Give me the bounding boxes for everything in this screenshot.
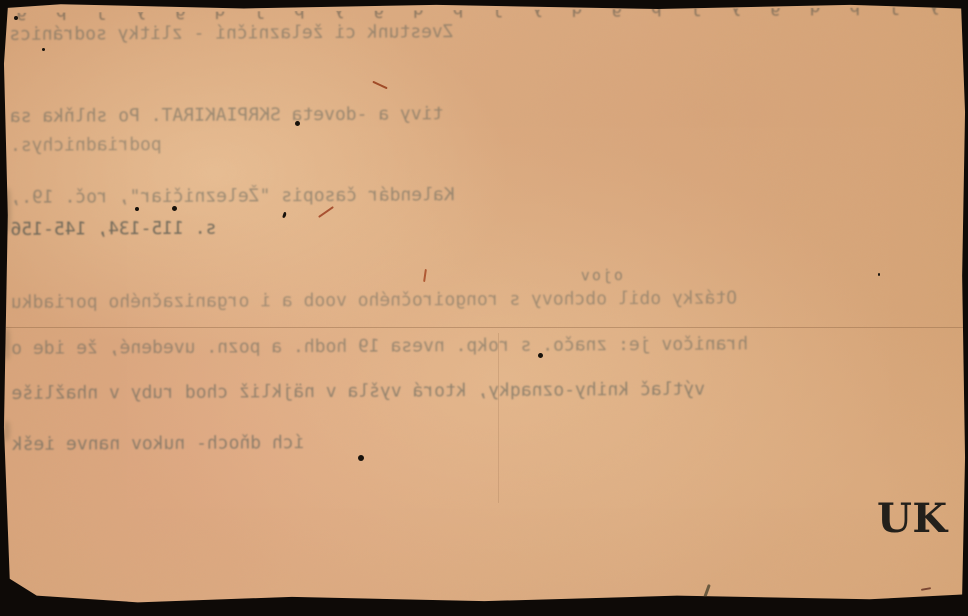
typewriter-line: podriadnichys.: [10, 133, 162, 158]
typewriter-line: s. 115-134, 145-156: [10, 217, 216, 242]
ink-speck: [42, 48, 45, 51]
typewriter-line-superscript: ojov: [579, 263, 623, 287]
typewriter-line: tivy a -doveta SKRPIAKIRAT. Po shlňka sa: [10, 102, 444, 129]
typewriter-line: hraničov je: značo. s rokp. nvesa 19 hod…: [11, 332, 748, 361]
ink-speck: [878, 273, 880, 276]
typewriter-line: Kalendár časopis "Železničiar", roč. 19.…: [10, 183, 454, 210]
ink-speck: [135, 207, 139, 211]
mirrored-text-layer: y j p q g y j p g q y j p q g y p j q g …: [3, 3, 966, 609]
edge-smudge: [3, 421, 10, 441]
typewriter-line-cutoff: y j p q g y j p g q y j p q g y p j q g …: [7, 3, 939, 24]
ink-speck: [14, 16, 18, 20]
typewriter-line: Zvestunk ci želazniční - zlitky sodránic…: [9, 20, 453, 47]
scan-background: y j p q g y j p g q y j p q g y p j q g …: [0, 0, 968, 616]
ink-speck: [538, 353, 543, 358]
ink-speck: [172, 206, 177, 211]
paper-crease-vertical: [498, 333, 499, 503]
uk-stamp: UK: [877, 499, 948, 539]
typewriter-line: výtlač knihy-oznaqky, ktorá vyšla v näjk…: [11, 378, 705, 406]
edge-smudge: [4, 188, 11, 232]
typewriter-line: Otázky obil obchovy s rongoiročného voob…: [11, 286, 737, 314]
paper-crease-horizontal: [3, 327, 966, 328]
typewriter-line: ích dňoch- nukov nanve iešk: [12, 431, 305, 457]
ink-speck: [358, 455, 364, 461]
edge-smudge: [4, 328, 10, 360]
postcard-paper: y j p q g y j p g q y j p q g y p j q g …: [3, 3, 966, 609]
ink-speck: [295, 121, 300, 126]
